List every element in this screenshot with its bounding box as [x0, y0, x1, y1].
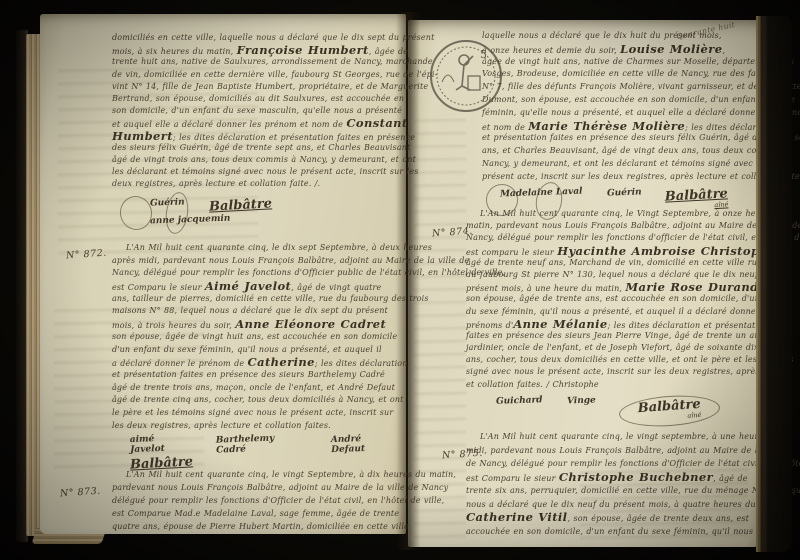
manuscript-line: Humbert; les dites déclaration et présen…	[112, 130, 404, 142]
signature: aimé Javelot	[130, 433, 193, 455]
manuscript-line: midi, pardevant nous Louis François Balb…	[466, 444, 762, 458]
record-872: L'An Mil huit cent quarante cinq, le dix…	[112, 242, 404, 432]
manuscript-line: est Comparue Mad.e Madelaine Laval, sage…	[112, 507, 404, 520]
manuscript-line: Bertrand, son épouse, domiciliés au dit …	[112, 93, 404, 105]
manuscript-line: de Nancy, délégué pour remplir les fonct…	[466, 457, 762, 471]
manuscript-line: des sieurs félix Guérin, âgé de trente s…	[112, 142, 404, 154]
manuscript-line: ans, tailleur de pierres, domicilié en c…	[112, 293, 404, 306]
signature: Guérin	[606, 187, 641, 198]
book-cover-right-edge	[756, 16, 792, 552]
manuscript-line: ans, cocher, tous deux domiciliés en cet…	[466, 354, 762, 366]
record-874: L'An Mil huit cent quarante cinq, le Vin…	[466, 208, 762, 391]
manuscript-line: les déclarant et témoins signé avec nous…	[112, 166, 404, 178]
manuscript-line: L'An Mil huit cent quarante cinq, le Vin…	[466, 208, 762, 220]
manuscript-line: pardevant nous Louis François Balbâtre, …	[112, 481, 404, 494]
manuscript-line: et nom de Marie Thérèse Molière; les dit…	[482, 120, 760, 133]
manuscript-line: son épouse, âgée de vingt huit ans, est …	[112, 331, 404, 344]
manuscript-line: âgé de trente trois ans, maçon, oncle de…	[112, 382, 404, 395]
manuscript-line: deux registres, après lecture et collati…	[112, 178, 404, 190]
manuscript-line: quatre ans, épouse de Pierre Hubert Mart…	[112, 520, 404, 533]
manuscript-line: N° 7, fille des défunts François Molière…	[482, 81, 760, 94]
manuscript-line: jardinier, oncle de l'enfant, et de Jose…	[466, 342, 762, 354]
manuscript-line: prénoms d'Anne Mélanie; les dites déclar…	[466, 318, 762, 330]
record-875: L'An Mil huit cent quarante cinq, le vin…	[466, 430, 762, 538]
manuscript-line: vint N° 14, fille de Jean Baptiste Humbe…	[112, 81, 404, 93]
manuscript-line: L'An Mil huit cent quarante cinq, le vin…	[466, 430, 762, 444]
manuscript-line: faites en présence des sieurs Jean Pierr…	[466, 330, 762, 342]
manuscript-line: matin, pardevant nous Louis François Bal…	[466, 220, 762, 232]
manuscript-line: L'An Mil huit cent quarante cinq, le dix…	[112, 242, 404, 255]
signature: Guichard	[496, 395, 543, 407]
manuscript-line: les deux registres, après lecture et col…	[112, 420, 404, 433]
manuscript-line: Nancy, y demeurant, et ont les déclarant…	[482, 158, 760, 171]
manuscript-line: est Comparu le sieur Christophe Buchebne…	[466, 471, 762, 485]
record-873-continuation: laquelle nous a déclaré que le dix huit …	[482, 30, 760, 184]
manuscript-line: a déclaré donner le prénom de Catherine;…	[112, 356, 404, 369]
register-photograph: domiciliés en cette ville, laquelle nous…	[0, 0, 800, 560]
manuscript-line: accouchée en son domicile, d'un enfant d…	[466, 525, 762, 539]
signature: Balbâtreaîné	[618, 393, 721, 430]
record-previous-continuation: domiciliés en cette ville, laquelle nous…	[112, 32, 404, 190]
manuscript-line: signé avec nous le présent acte, inscrit…	[466, 366, 762, 378]
signature: André Defaut	[331, 433, 399, 455]
manuscript-line: trente huit ans, native de Saulxures, ar…	[112, 56, 404, 68]
manuscript-line: âgée de vingt huit ans, native de Charme…	[482, 56, 760, 69]
signature: anne jacquemin	[150, 214, 231, 227]
manuscript-line: et présentation faites en présence des s…	[482, 132, 760, 145]
manuscript-line: et présentation faites en présence des s…	[112, 369, 404, 382]
manuscript-line: est Comparu le sieur Aimé Javelot, âgé d…	[112, 280, 404, 293]
record-873: L'An Mil huit cent quarante cinq, le vin…	[112, 468, 404, 533]
manuscript-line: de vin, domiciliée en cette dernière vil…	[112, 69, 404, 81]
manuscript-line: âgé de trente neuf ans, Marchand de vin,…	[466, 257, 762, 269]
manuscript-line: le père et les témoins signé avec nous l…	[112, 407, 404, 420]
signature: Barthelemy Cadré	[216, 432, 308, 455]
signature-block: GuichardVingeBalbâtreaîné	[496, 396, 760, 428]
manuscript-line: est comparu le sieur Hyacinthe Ambroise …	[466, 245, 762, 257]
manuscript-line: âgé de trente cinq ans, cocher, tous deu…	[112, 394, 404, 407]
manuscript-line: son épouse, âgée de trente ans, est acco…	[466, 293, 762, 305]
manuscript-line: présent acte, inscrit sur les deux regis…	[482, 171, 760, 184]
book-gutter	[396, 12, 420, 550]
signature: Vinge	[566, 396, 595, 407]
manuscript-line: et collation faites. / Christophe	[466, 379, 762, 391]
manuscript-line: Catherine Vitil, son épouse, âgée de tre…	[466, 511, 762, 525]
manuscript-line: à onze heures et demie du soir, Louise M…	[482, 43, 760, 56]
manuscript-line: âgé de vingt trois ans, tous deux commis…	[112, 154, 404, 166]
manuscript-line: L'An Mil huit cent quarante cinq, le vin…	[112, 468, 404, 481]
manuscript-line: mois, à trois heures du soir, Anne Eléon…	[112, 318, 404, 331]
manuscript-line: délégué pour remplir les fonctions d'Off…	[112, 494, 404, 507]
manuscript-line: mois, à six heures du matin, Françoise H…	[112, 44, 404, 56]
manuscript-line: après midi, pardevant nous Louis Françoi…	[112, 255, 404, 268]
manuscript-line: trente six ans, perruquier, domicilié en…	[466, 484, 762, 498]
manuscript-line: Vosges, Brodeuse, domiciliée en cette vi…	[482, 68, 760, 81]
manuscript-line: nous a déclaré que le dix neuf du présen…	[466, 498, 762, 512]
manuscript-line: Dumont, son épouse, est accouchée en son…	[482, 94, 760, 107]
signature: Balbâtre	[208, 196, 272, 214]
manuscript-line: du sexe féminin, qu'il nous a présenté, …	[466, 306, 762, 318]
manuscript-line: présent mois, à une heure du matin, Mari…	[466, 281, 762, 293]
manuscript-line: ans, et Charles Beauvisant, âgé de vingt…	[482, 145, 760, 158]
